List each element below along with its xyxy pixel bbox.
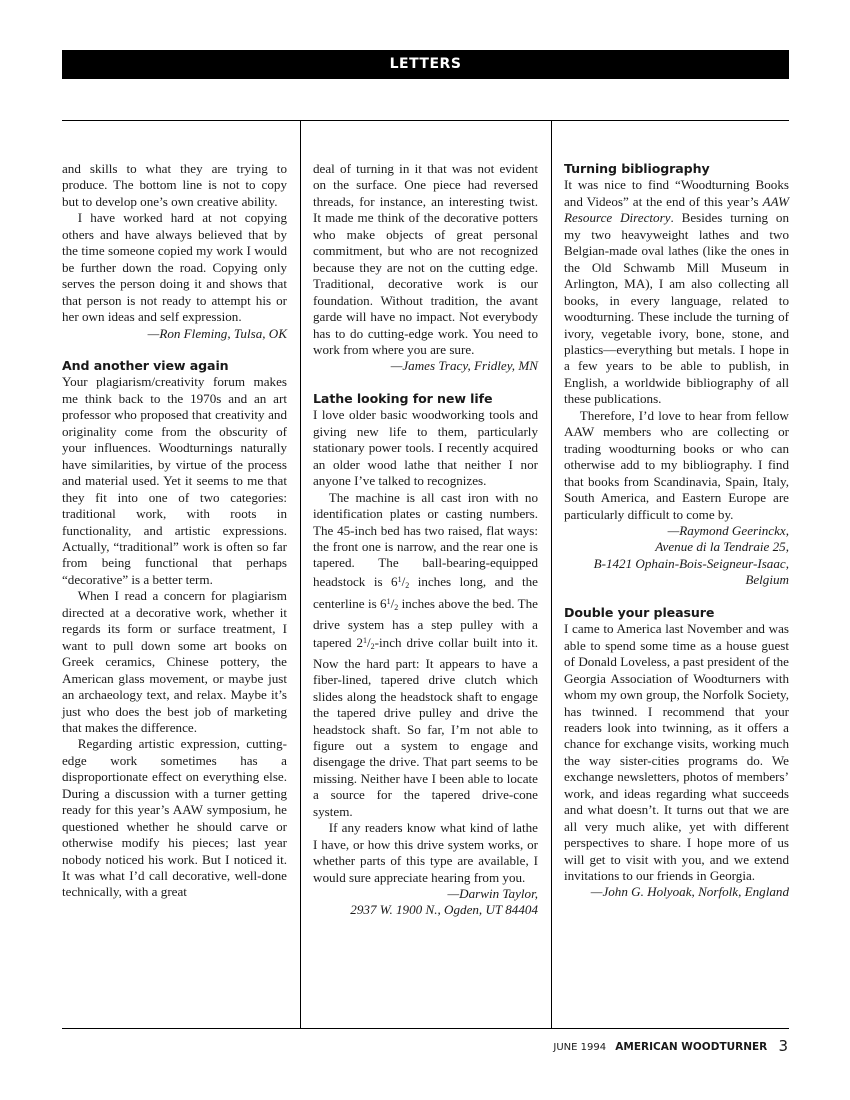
column-1: and skills to what they are trying to pr… xyxy=(62,161,287,901)
letter-paragraph: I have worked hard at not copying others… xyxy=(62,210,287,325)
fraction-two-and-half: 21/2 xyxy=(356,635,374,650)
letter-paragraph: When I read a concern for plagiarism dir… xyxy=(62,588,287,736)
letter-paragraph: It was nice to find “Woodturning Books a… xyxy=(564,177,789,407)
letter-paragraph: Regarding artistic expression, cutting-e… xyxy=(62,736,287,901)
letter-signature-address: 2937 W. 1900 N., Ogden, UT 84404 xyxy=(313,902,538,918)
letter-signature: —Raymond Geerinckx, xyxy=(564,523,789,539)
letter-lathe: Lathe looking for new life I love older … xyxy=(313,391,538,919)
letter-paragraph: deal of turning in it that was not evide… xyxy=(313,161,538,358)
letter-another-view: And another view again Your plagiarism/c… xyxy=(62,358,287,901)
letter-tracy: deal of turning in it that was not evide… xyxy=(313,161,538,375)
column-2: deal of turning in it that was not evide… xyxy=(313,161,538,919)
letter-signature-address: Avenue di la Tendraie 25, xyxy=(564,539,789,555)
letter-signature: —James Tracy, Fridley, MN xyxy=(313,358,538,374)
letter-heading: Turning bibliography xyxy=(564,161,789,177)
column-divider-2 xyxy=(551,120,552,1028)
letter-fleming: and skills to what they are trying to pr… xyxy=(62,161,287,342)
letter-paragraph: Therefore, I’d love to hear from fellow … xyxy=(564,408,789,523)
letter-bibliography: Turning bibliography It was nice to find… xyxy=(564,161,789,589)
column-3: Turning bibliography It was nice to find… xyxy=(564,161,789,901)
letter-paragraph: If any readers know what kind of lathe I… xyxy=(313,820,538,886)
letter-double-pleasure: Double your pleasure I came to America l… xyxy=(564,605,789,901)
letter-paragraph: I love older basic woodworking tools and… xyxy=(313,407,538,489)
fraction-six-and-half: 61/2 xyxy=(391,574,409,589)
issue-date: JUNE 1994 xyxy=(553,1042,606,1053)
section-title: LETTERS xyxy=(390,56,462,72)
letter-signature-address: B-1421 Ophain-Bois-Seigneur-Isaac, xyxy=(564,556,789,572)
letter-signature: —Darwin Taylor, xyxy=(313,886,538,902)
letter-paragraph: The machine is all cast iron with no ide… xyxy=(313,490,538,821)
letter-paragraph: I came to America last November and was … xyxy=(564,621,789,884)
bottom-rule xyxy=(62,1028,789,1029)
letter-paragraph: Your plagiarism/creativity forum makes m… xyxy=(62,374,287,588)
letter-paragraph: and skills to what they are trying to pr… xyxy=(62,161,287,210)
letter-signature: —Ron Fleming, Tulsa, OK xyxy=(62,326,287,342)
letter-signature-address: Belgium xyxy=(564,572,789,588)
column-divider-1 xyxy=(300,120,301,1028)
publication-name: AMERICAN WOODTURNER xyxy=(615,1041,767,1053)
letter-signature: —John G. Holyoak, Norfolk, England xyxy=(564,884,789,900)
top-rule xyxy=(62,120,789,121)
page-number: 3 xyxy=(778,1037,788,1055)
letter-heading: Double your pleasure xyxy=(564,605,789,621)
section-banner: LETTERS xyxy=(62,50,789,79)
page-footer: JUNE 1994 AMERICAN WOODTURNER 3 xyxy=(553,1037,788,1055)
letter-heading: And another view again xyxy=(62,358,287,374)
fraction-six-and-half: 61/2 xyxy=(380,596,398,611)
letter-heading: Lathe looking for new life xyxy=(313,391,538,407)
